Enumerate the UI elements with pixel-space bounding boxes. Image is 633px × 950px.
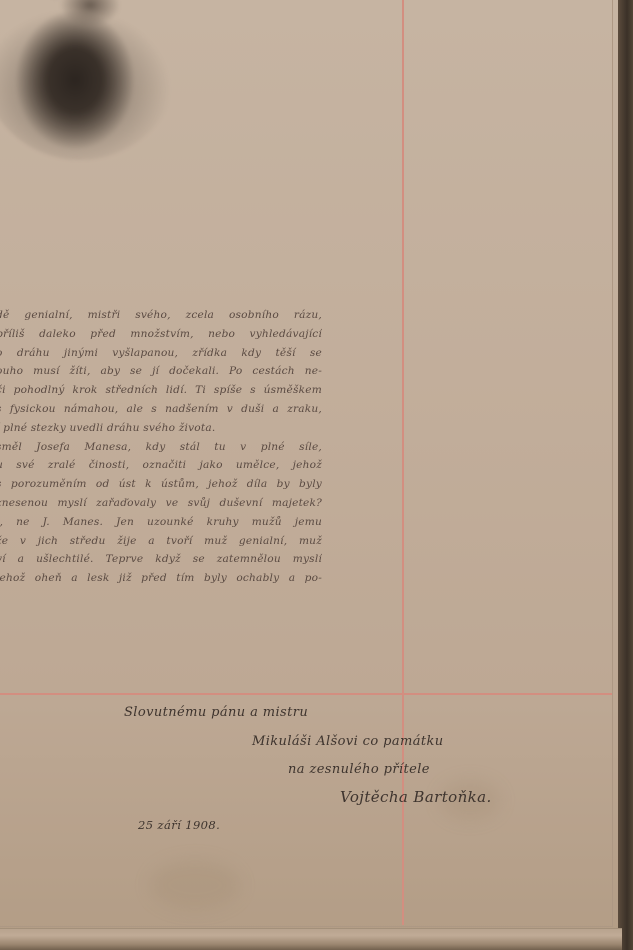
book-page: dě genialní, mistři svého, zcela osobníh… <box>0 0 622 935</box>
text-line: či pohodlný krok středních lidí. Ti spíš… <box>0 381 322 400</box>
dedication-date: 25 září 1908. <box>138 818 220 832</box>
text-line: s fysickou námahou, ale s nadšením v duš… <box>0 400 322 419</box>
dedication-line: na zesnulého přítele <box>288 762 430 777</box>
text-line: i, ne J. Manes. Jen uzounké kruhy mužů j… <box>0 513 322 532</box>
text-line: í plné stezky uvedli dráhu svého života. <box>0 419 322 438</box>
book-cover-edge <box>618 0 633 950</box>
vertical-red-rule <box>402 0 404 925</box>
text-line: směl Josefa Manesa, kdy stál tu v plné s… <box>0 438 322 457</box>
text-line: dě genialní, mistři svého, zcela osobníh… <box>0 306 322 325</box>
page-stack-edge <box>0 928 622 950</box>
text-line: že v jich středu žije a tvoří muž genial… <box>0 532 322 551</box>
dedication-line: Slovutnému pánu a mistru <box>124 705 308 720</box>
text-line: ví a ušlechtilé. Teprve když se zatemněl… <box>0 550 322 569</box>
text-line: ouho musí žíti, aby se jí dočekali. Po c… <box>0 362 322 381</box>
text-line: jehož oheň a lesk již před tím byly ocha… <box>0 569 322 588</box>
text-line: o dráhu jinými vyšlapanou, zřídka kdy tě… <box>0 344 322 363</box>
text-line: u své zralé činosti, označiti jako umělc… <box>0 456 322 475</box>
dedication-signature: Vojtěcha Bartoňka. <box>340 788 492 806</box>
horizontal-red-rule <box>0 693 612 695</box>
text-line: příliš daleko před množstvím, nebo vyhle… <box>0 325 322 344</box>
printed-text-block: dě genialní, mistři svého, zcela osobníh… <box>0 306 322 588</box>
text-line: znesenou myslí zařaďovaly ve svůj duševn… <box>0 494 322 513</box>
dedication-line: Mikuláši Alšovi co památku <box>252 734 444 749</box>
text-line: s porozuměním od úst k ústům, jehož díla… <box>0 475 322 494</box>
